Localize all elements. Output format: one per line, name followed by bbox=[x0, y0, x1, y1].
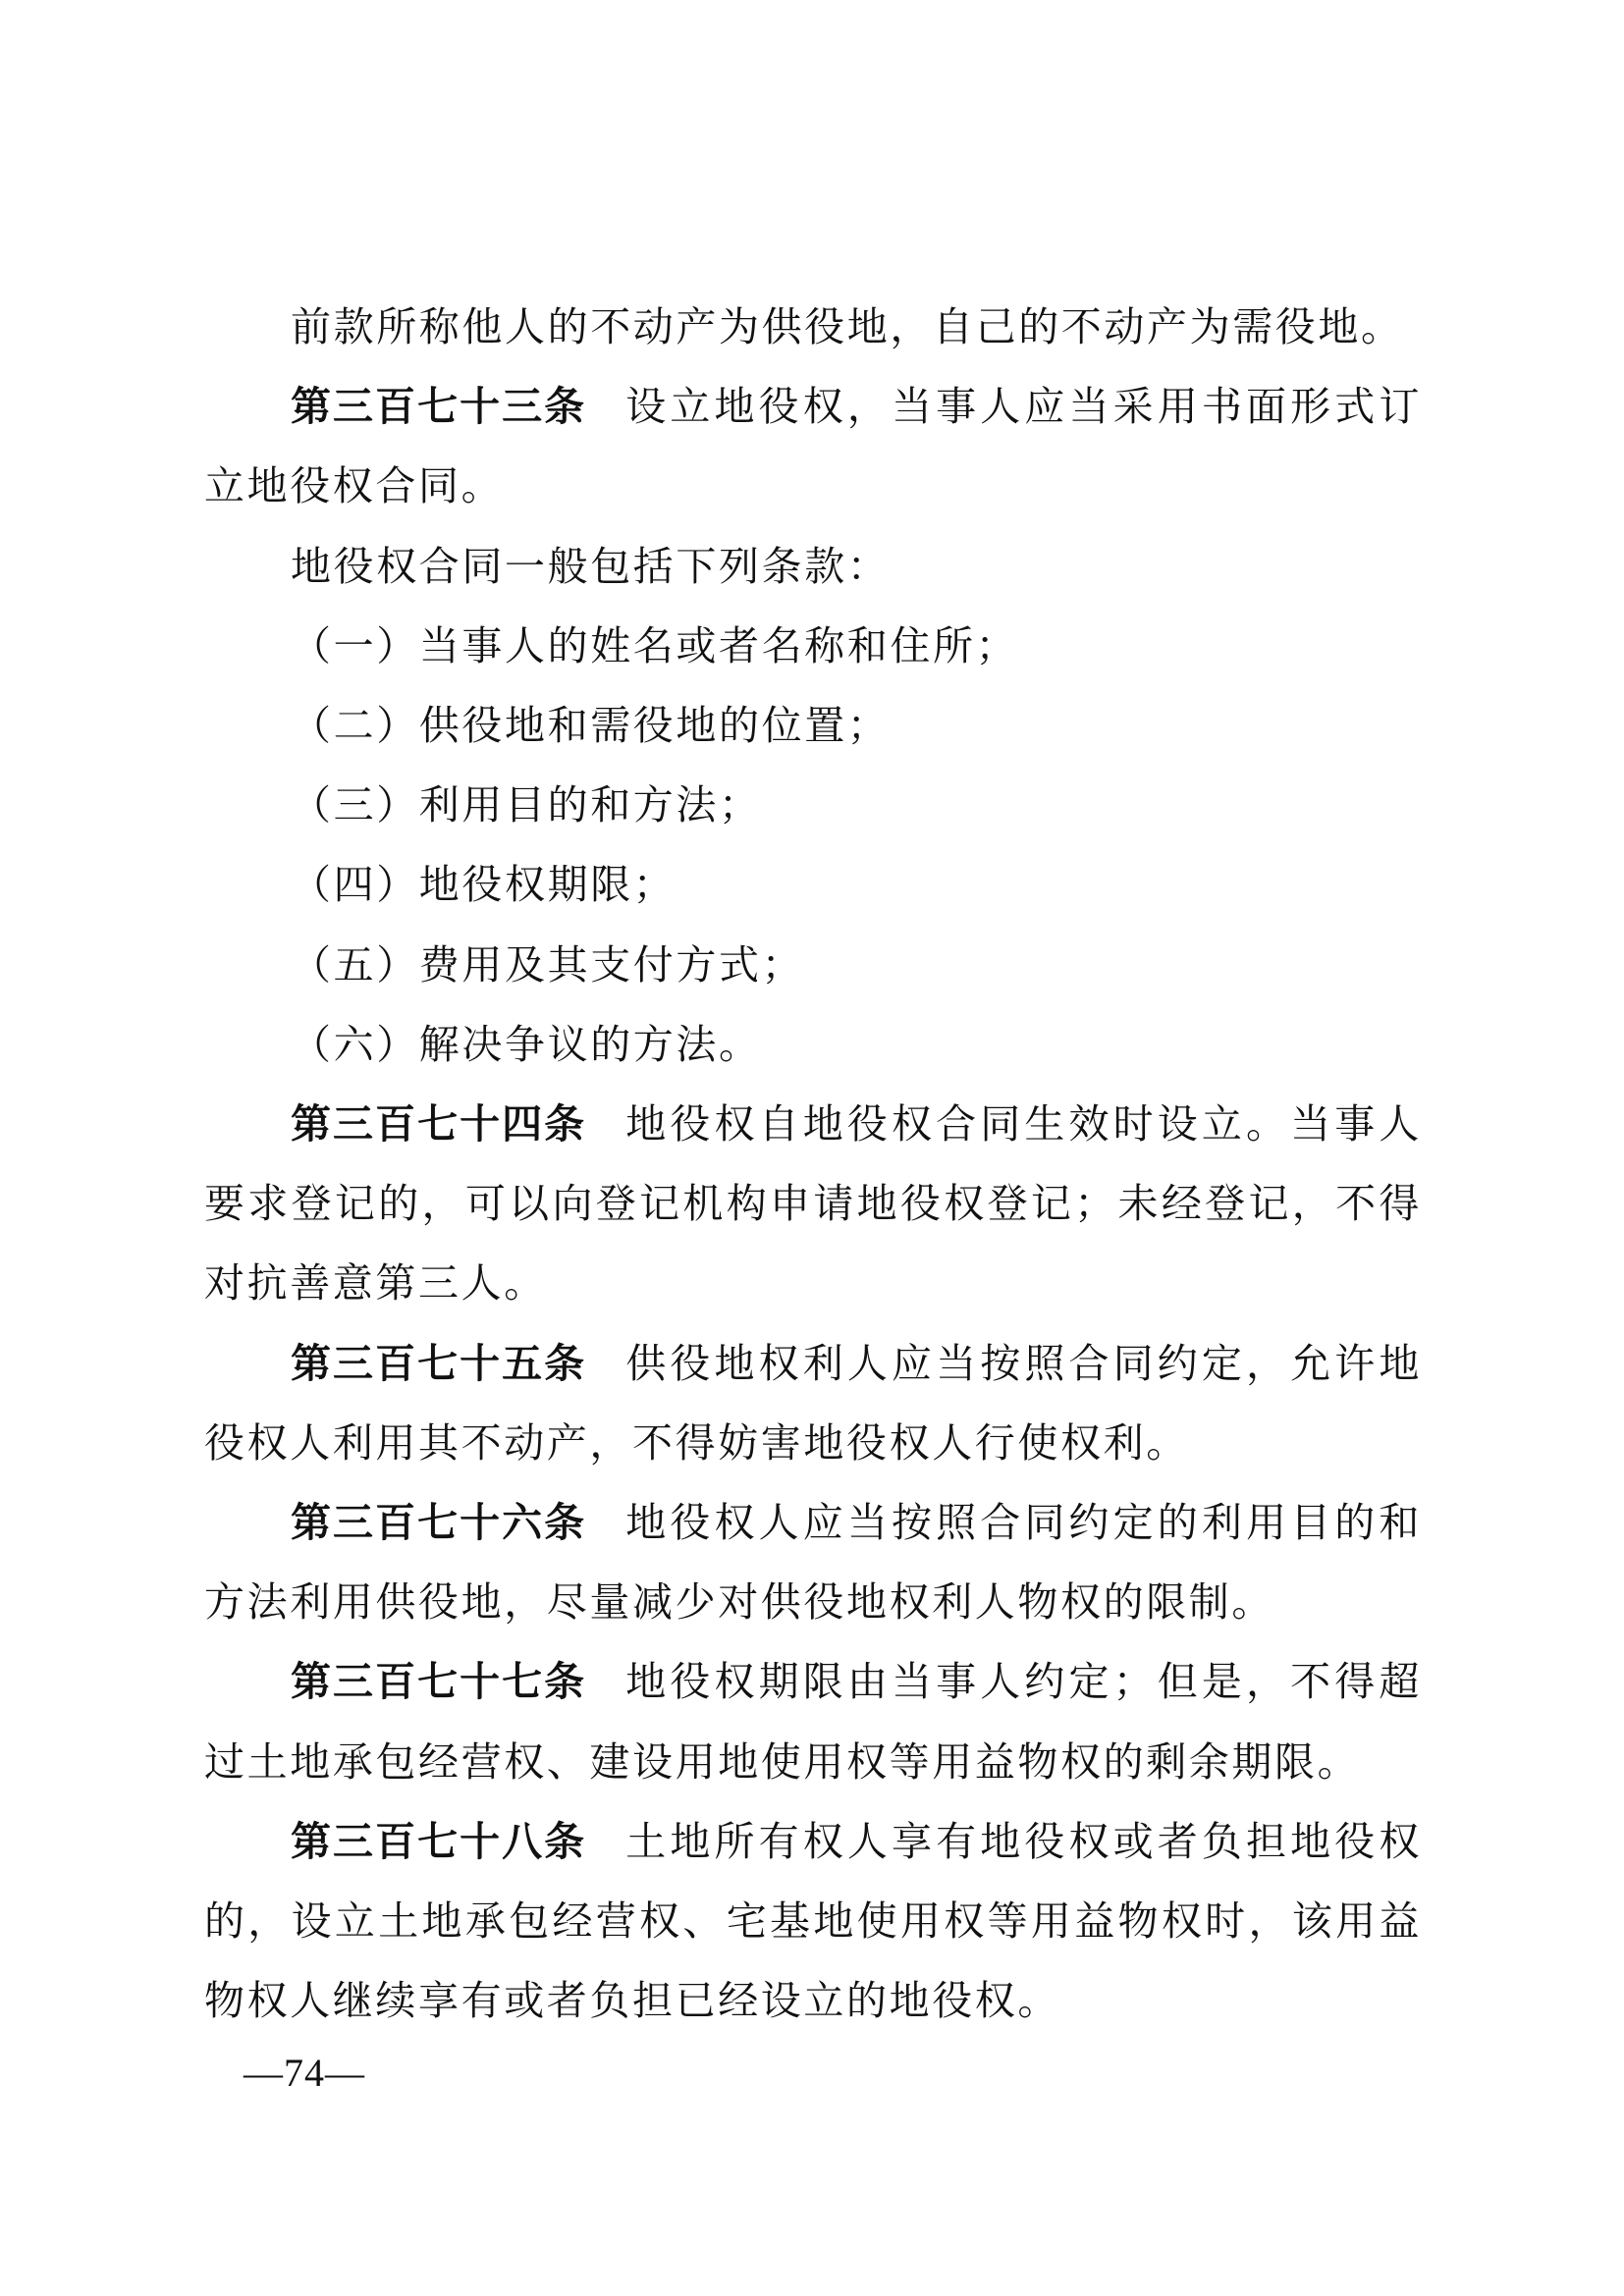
list-item: （三）利用目的和方法； bbox=[204, 766, 1422, 845]
list-item: （五）费用及其支付方式； bbox=[204, 926, 1422, 1005]
article-377: 第三百七十七条地役权期限由当事人约定；但是，不得超过土地承包经营权、建设用地使用… bbox=[204, 1642, 1422, 1801]
article-376: 第三百七十六条地役权人应当按照合同约定的利用目的和方法利用供役地，尽量减少对供役… bbox=[204, 1483, 1422, 1642]
article-label: 第三百七十七条 bbox=[291, 1658, 586, 1705]
list-item: （六）解决争议的方法。 bbox=[204, 1005, 1422, 1085]
article-378: 第三百七十八条土地所有权人享有地役权或者负担地役权的，设立土地承包经营权、宅基地… bbox=[204, 1802, 1422, 2042]
article-375: 第三百七十五条供役地权利人应当按照合同约定，允许地役权人利用其不动产，不得妨害地… bbox=[204, 1324, 1422, 1483]
article-label: 第三百七十三条 bbox=[291, 383, 586, 430]
list-item: （四）地役权期限； bbox=[204, 845, 1422, 925]
article-label: 第三百七十五条 bbox=[291, 1340, 586, 1387]
page-number: —74— bbox=[244, 2050, 365, 2096]
document-body: 前款所称他人的不动产为供役地，自己的不动产为需役地。 第三百七十三条设立地役权，… bbox=[204, 288, 1422, 2041]
article-374: 第三百七十四条地役权自地役权合同生效时设立。当事人要求登记的，可以向登记机构申请… bbox=[204, 1085, 1422, 1324]
list-item: （二）供役地和需役地的位置； bbox=[204, 686, 1422, 766]
article-label: 第三百七十八条 bbox=[291, 1818, 586, 1865]
paragraph-servient-definition: 前款所称他人的不动产为供役地，自己的不动产为需役地。 bbox=[204, 288, 1422, 367]
article-label: 第三百七十六条 bbox=[291, 1499, 586, 1546]
article-373: 第三百七十三条设立地役权，当事人应当采用书面形式订立地役权合同。 bbox=[204, 367, 1422, 526]
paragraph-contract-clauses-intro: 地役权合同一般包括下列条款： bbox=[204, 527, 1422, 607]
article-label: 第三百七十四条 bbox=[291, 1100, 586, 1148]
list-item: （一）当事人的姓名或者名称和住所； bbox=[204, 607, 1422, 686]
